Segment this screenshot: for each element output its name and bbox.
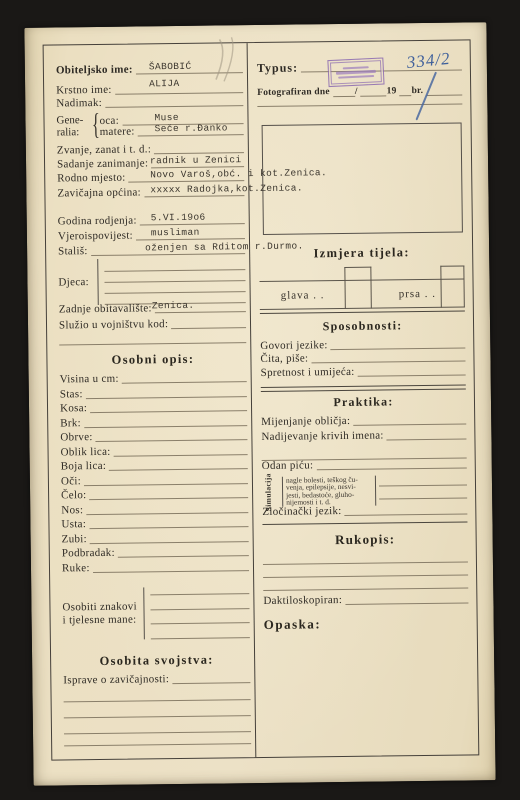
birth-year-value: 5.VI.19o6: [151, 212, 206, 224]
abilities-heading: Sposobnosti:: [260, 317, 465, 335]
bracket-bar: [282, 477, 283, 507]
field-marital-status: Stališ: oženjen sa Rditom r.Durmo.: [58, 240, 245, 257]
chest-label: prsa . .: [399, 288, 436, 300]
current-occupation-value: radnik u Zenici: [150, 154, 242, 166]
birthplace-value: Novo Varoš,obć. i kot.Zenica.: [150, 167, 327, 180]
first-name-label: Krstno ime:: [56, 84, 115, 97]
field-criminal-language: Zločinački jezik:: [262, 505, 467, 518]
special-traits-heading: Osobita svojstva:: [63, 652, 250, 669]
special-marks-line: [151, 623, 250, 639]
simulation-line: [379, 473, 467, 486]
children-label: Djeca:: [58, 276, 90, 289]
generalia-block: Gene- ralia: { oca: Muse matere: Seče r.…: [56, 109, 243, 138]
field-typus: Typus: 334/2: [257, 54, 462, 75]
religion-value: musliman: [151, 227, 200, 239]
field-hands: Ruke:: [62, 559, 249, 574]
handwriting-heading: Rukopis:: [263, 530, 468, 549]
scanned-paper: Obiteljsko ime: ŠABOBIĆ Krstno ime: ALIJ…: [24, 22, 495, 786]
field-hair: Kosa:: [60, 399, 247, 414]
field-face-shape: Oblik lica:: [60, 443, 247, 458]
field-fingerprinted: Daktiloskopiran:: [263, 591, 468, 607]
purple-ink-stamp-icon: [327, 57, 384, 87]
family-name-label: Obiteljsko ime:: [56, 63, 136, 76]
section-rule: [260, 310, 465, 314]
special-marks-line: [151, 609, 250, 624]
remark-heading: Opaska:: [264, 614, 469, 633]
measurement-table: glava . . prsa . .: [259, 265, 464, 310]
last-residence-value: Zenica.: [152, 300, 195, 312]
blank-line: [64, 715, 251, 718]
generalia-label: Gene- ralia:: [56, 111, 89, 138]
practice-heading: Praktika:: [261, 393, 466, 411]
special-marks-block: Osobiti znakovi i tjelesne mane:: [62, 586, 250, 640]
blank-line: [64, 743, 251, 746]
field-reads-writes: Čita, piše:: [260, 349, 465, 365]
field-nose: Nos:: [61, 501, 248, 516]
bracket-bar: [375, 476, 376, 506]
field-home-municipality: Zavičajna općina: xxxxx Radojka,kot.Zeni…: [57, 182, 244, 199]
right-column: Typus: 334/2 Fotografiran dne / 19 br.: [248, 40, 479, 757]
home-municipality-value: xxxxx Radojka,kot.Zenica.: [150, 182, 303, 195]
bracket-bar: [97, 259, 99, 305]
first-name-value: ALIJA: [149, 78, 180, 89]
blank-line: [263, 561, 468, 565]
head-label: glava . .: [281, 289, 325, 302]
blank-line: [257, 104, 462, 108]
description-fields: Visina u cm: Stas: Kosa: Brk: Obrve: Obl…: [60, 370, 249, 574]
chest-value-box: [440, 265, 465, 307]
mother-value: Seče r.Đanko: [155, 122, 228, 134]
section-rule: [261, 384, 466, 392]
simulation-line: [379, 485, 467, 499]
field-drink: Odan piću:: [262, 458, 467, 472]
form-frame: Obiteljsko ime: ŠABOBIĆ Krstno ime: ALIJ…: [43, 39, 480, 760]
field-last-residence: Zadnje obitavalište: Zenica.: [59, 303, 246, 315]
blank-line: [59, 342, 246, 345]
marital-status-value: oženjen sa Rditom r.Durmo.: [145, 240, 304, 253]
blank-line: [64, 699, 251, 702]
field-mouth: Usta:: [61, 515, 248, 530]
blank-line: [263, 587, 468, 591]
head-value-box: [344, 267, 372, 309]
typus-label: Typus:: [257, 61, 301, 74]
field-nickname: Nadimak:: [56, 94, 243, 109]
field-teeth: Zubi:: [62, 530, 249, 545]
field-face-color: Boja lica:: [61, 457, 248, 472]
father-value: Muse: [154, 112, 179, 123]
nickname-line: [105, 104, 243, 108]
field-moustache: Brk:: [60, 414, 247, 429]
simulation-text: nagle bolesti, teškog ču- venja, epileps…: [286, 475, 372, 508]
field-skills: Spretnost i umijeća:: [261, 363, 466, 379]
blank-line: [263, 574, 468, 578]
field-eyebrows: Obrve:: [60, 428, 247, 443]
family-name-value: ŠABOBIĆ: [149, 61, 192, 73]
field-homeland-documents: Isprave o zavičajnosti:: [63, 671, 250, 686]
section-rule: [262, 521, 467, 525]
field-false-names: Nadijevanje krivih imena:: [261, 427, 466, 443]
brace-icon: {: [92, 111, 98, 138]
simulation-block: Simulacija nagle bolesti, teškog ču- ven…: [262, 473, 467, 508]
field-height: Visina u cm:: [60, 370, 247, 385]
personal-description-heading: Osobni opis:: [59, 351, 246, 368]
field-eyes: Oči:: [61, 472, 248, 487]
field-build: Stas:: [60, 385, 247, 400]
children-block: Djeca:: [58, 257, 246, 305]
special-marks-label: Osobiti znakovi i tjelesne mane:: [62, 600, 137, 627]
bracket-bar: [144, 587, 146, 639]
field-chin: Podbradak:: [62, 544, 249, 559]
special-marks-line: [151, 594, 250, 610]
field-military-service: Služio u vojništvu kod:: [59, 316, 246, 331]
mother-label: matere:: [100, 125, 138, 137]
left-column: Obiteljsko ime: ŠABOBIĆ Krstno ime: ALIJ…: [44, 43, 256, 759]
blank-line: [64, 731, 251, 734]
field-changing-appearance: Mijenjanje obličja:: [261, 412, 466, 428]
field-mother: matere: Seče r.Đanko: [100, 125, 244, 138]
field-forehead: Čelo:: [61, 486, 248, 501]
photo-box: [262, 123, 463, 235]
